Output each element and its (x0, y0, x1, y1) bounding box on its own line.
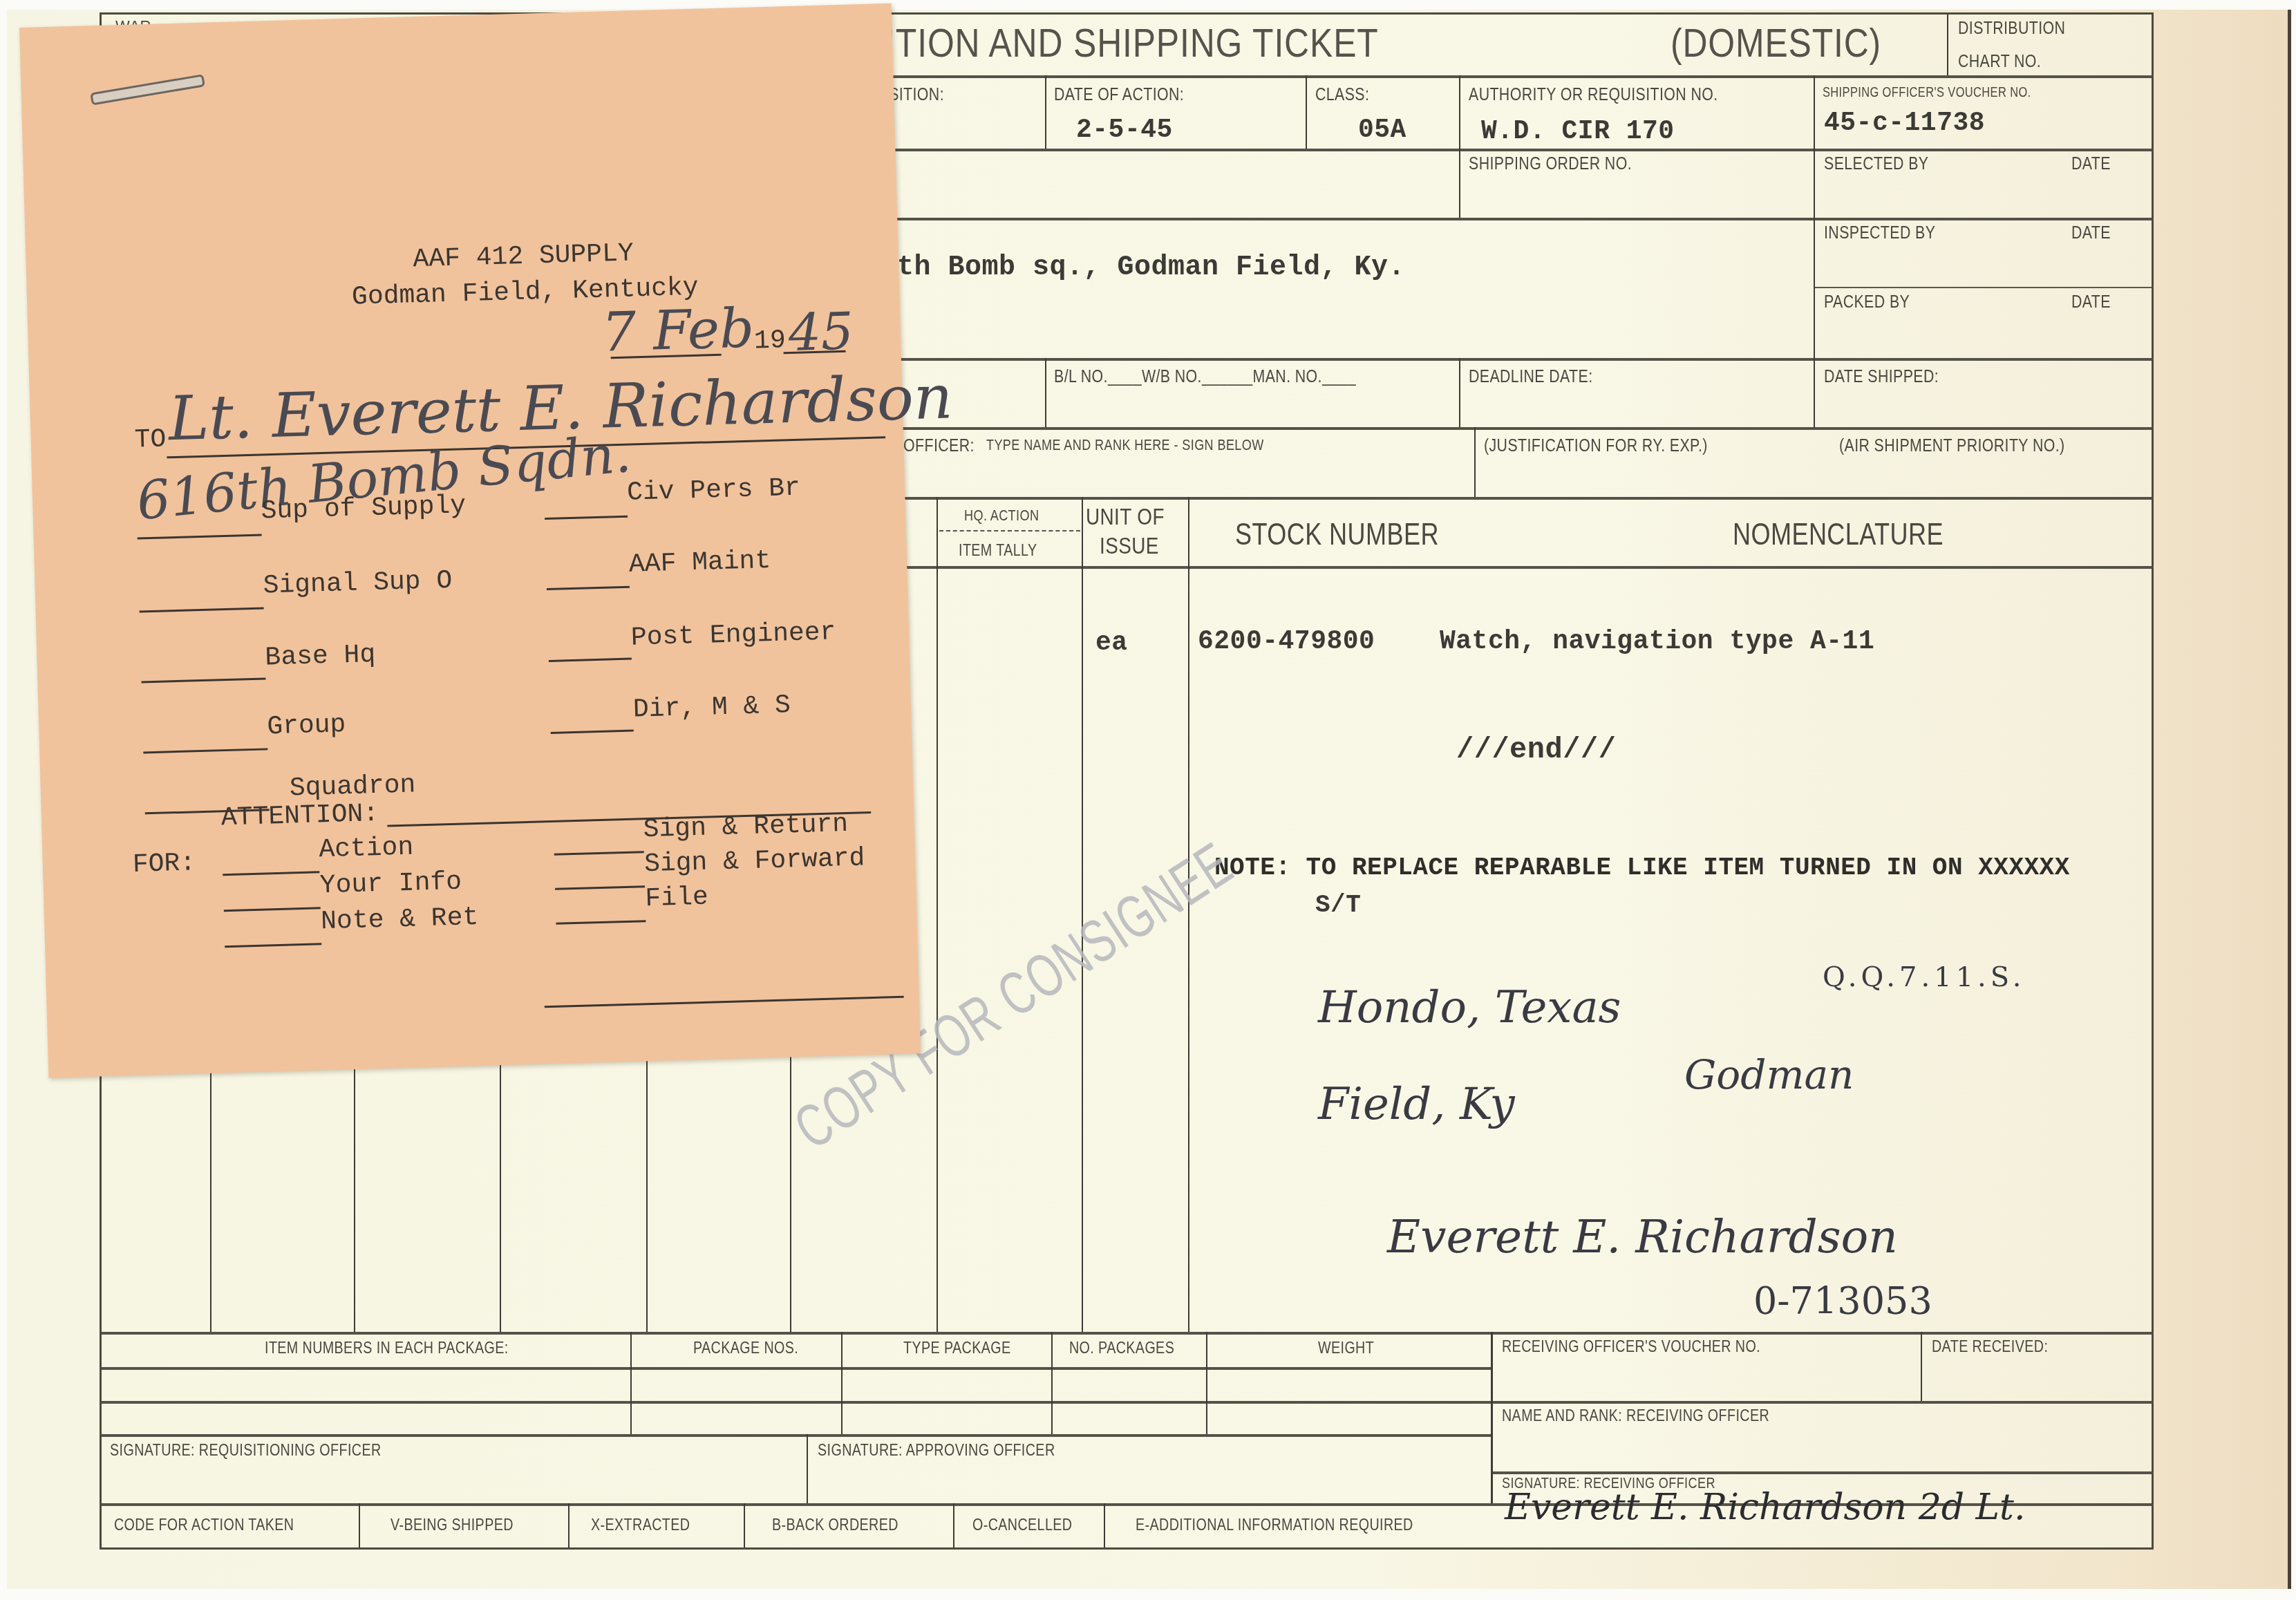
deadline-date-label: DEADLINE DATE: (1469, 366, 1593, 387)
slip-for-label: FOR: (132, 848, 196, 880)
class-label: CLASS: (1315, 84, 1369, 105)
form-title: SITION AND SHIPPING TICKET (862, 20, 1379, 66)
voucher-label: SHIPPING OFFICER'S VOUCHER NO. (1823, 85, 2031, 101)
class-value: 05A (1358, 115, 1406, 145)
date-received-label: DATE RECEIVED: (1932, 1337, 2048, 1357)
code-b: B-BACK ORDERED (772, 1516, 898, 1535)
end-marker: ///end/// (1456, 733, 1616, 766)
col-stock-number: STOCK NUMBER (1235, 518, 1439, 552)
hq-action-divider (939, 530, 1080, 531)
slip-year-hand: 45 (788, 301, 855, 363)
routing-slip: AAF 412 SUPPLY Godman Field, Kentucky 7 … (19, 3, 921, 1078)
signature-approving-label: SIGNATURE: APPROVING OFFICER (818, 1441, 1055, 1460)
voucher-value: 45-c-11738 (1824, 109, 1985, 138)
bl-wb-man-label: B/L NO.____W/B NO.______MAN. NO.____ (1054, 366, 1356, 387)
slip-option-base-hq: Base Hq (265, 640, 376, 672)
note-line-1: NOTE: TO REPLACE REPARABLE LIKE ITEM TUR… (1214, 854, 2070, 882)
selected-by-date-label: DATE (2071, 153, 2111, 174)
code-x: X-EXTRACTED (591, 1516, 690, 1535)
handwritten-location-2a: Godman (1684, 1051, 1854, 1098)
packed-by-label: PACKED BY (1824, 291, 1910, 312)
note-line-2: S/T (1315, 891, 1361, 919)
col-unit-of-issue-2: ISSUE (1100, 533, 1159, 560)
authority-label: AUTHORITY OR REQUISITION NO. (1469, 84, 1718, 105)
handwritten-location-1: Hondo, Texas (1318, 982, 1621, 1033)
slip-option-signal-sup: Signal Sup O (263, 566, 453, 601)
slip-org: AAF 412 SUPPLY (413, 238, 634, 274)
no-packages-label: NO. PACKAGES (1069, 1339, 1174, 1358)
item-nomenclature: Watch, navigation type A-11 (1440, 627, 1874, 657)
packed-by-date-label: DATE (2071, 291, 2111, 312)
type-package-label: TYPE PACKAGE (903, 1339, 1010, 1358)
slip-to-label: TO (134, 424, 167, 455)
air-priority-label: (AIR SHIPMENT PRIORITY NO.) (1839, 435, 2065, 456)
receiving-officer-hint: TYPE NAME AND RANK HERE - SIGN BELOW (986, 436, 1264, 454)
col-hq-action: HQ. ACTION (964, 507, 1039, 525)
slip-for-file: File (645, 883, 708, 914)
slip-option-group: Group (267, 710, 346, 742)
date-shipped-label: DATE SHIPPED: (1824, 366, 1939, 387)
slip-for-note-ret: Note & Ret (321, 903, 479, 937)
slip-for-action: Action (319, 833, 414, 865)
date-of-action-value: 2-5-45 (1076, 115, 1173, 145)
slip-year-prefix: 19 (753, 326, 786, 356)
slip-attention-label: ATTENTION: (220, 799, 379, 833)
handwritten-location-2b: Field, Ky (1318, 1079, 1515, 1130)
slip-option-aaf-maint: AAF Maint (628, 546, 771, 580)
date-of-action-label: DATE OF ACTION: (1054, 84, 1184, 105)
authority-value: W.D. CIR 170 (1481, 117, 1675, 147)
slip-option-civ-pers: Civ Pers Br (627, 473, 801, 508)
item-numbers-label: ITEM NUMBERS IN EACH PACKAGE: (265, 1339, 509, 1358)
signature-requisitioning-label: SIGNATURE: REQUISITIONING OFFICER (110, 1441, 382, 1460)
code-o: O-CANCELLED (972, 1516, 1072, 1535)
justification-label: (JUSTIFICATION FOR RY. EXP.) (1484, 435, 1708, 456)
signature-receiving-value: Everett E. Richardson 2d Lt. (1505, 1487, 2026, 1528)
inspected-by-date-label: DATE (2071, 222, 2111, 243)
form-title-domestic: (DOMESTIC) (1671, 20, 1881, 66)
consignee-value: 16th Bomb sq., Godman Field, Ky. (863, 252, 1405, 283)
col-nomenclature: NOMENCLATURE (1733, 518, 1944, 552)
name-rank-receiving-label: NAME AND RANK: RECEIVING OFFICER (1502, 1406, 1769, 1426)
handwritten-serial: 0-713053 (1753, 1279, 1932, 1323)
slip-for-sign-return: Sign & Return (643, 809, 849, 845)
shipping-order-label: SHIPPING ORDER NO. (1469, 153, 1632, 174)
chart-no-label: CHART NO. (1958, 50, 2041, 72)
slip-option-squadron: Squadron (289, 770, 416, 803)
code-v: V-BEING SHIPPED (390, 1516, 514, 1535)
staple-icon (90, 74, 205, 105)
code-label: CODE FOR ACTION TAKEN (114, 1516, 294, 1535)
code-e: E-ADDITIONAL INFORMATION REQUIRED (1136, 1516, 1413, 1535)
slip-date-hand: 7 Feb (601, 298, 755, 364)
package-nos-label: PACKAGE NOS. (693, 1339, 798, 1358)
slip-option-dir-ms: Dir, M & S (632, 690, 791, 724)
col-unit-of-issue-1: UNIT OF (1086, 504, 1165, 531)
slip-option-sup-of-supply: Sup of Supply (261, 491, 467, 526)
item-stock-number: 6200-479800 (1198, 627, 1375, 657)
selected-by-label: SELECTED BY (1824, 153, 1928, 174)
slip-option-post-engineer: Post Engineer (630, 617, 836, 652)
item-unit: ea (1095, 628, 1128, 658)
handwritten-abbrev: Q.Q.7.11.S. (1823, 961, 2026, 993)
handwritten-signature: Everett E. Richardson (1387, 1210, 1898, 1263)
slip-for-your-info: Your Info (319, 867, 462, 901)
weight-label: WEIGHT (1318, 1339, 1374, 1358)
slip-for-sign-forward: Sign & Forward (644, 843, 865, 879)
distribution-label: DISTRIBUTION (1958, 17, 2065, 39)
inspected-by-label: INSPECTED BY (1824, 222, 1935, 243)
receiving-voucher-label: RECEIVING OFFICER'S VOUCHER NO. (1502, 1337, 1760, 1357)
col-item-tally: ITEM TALLY (959, 541, 1037, 561)
